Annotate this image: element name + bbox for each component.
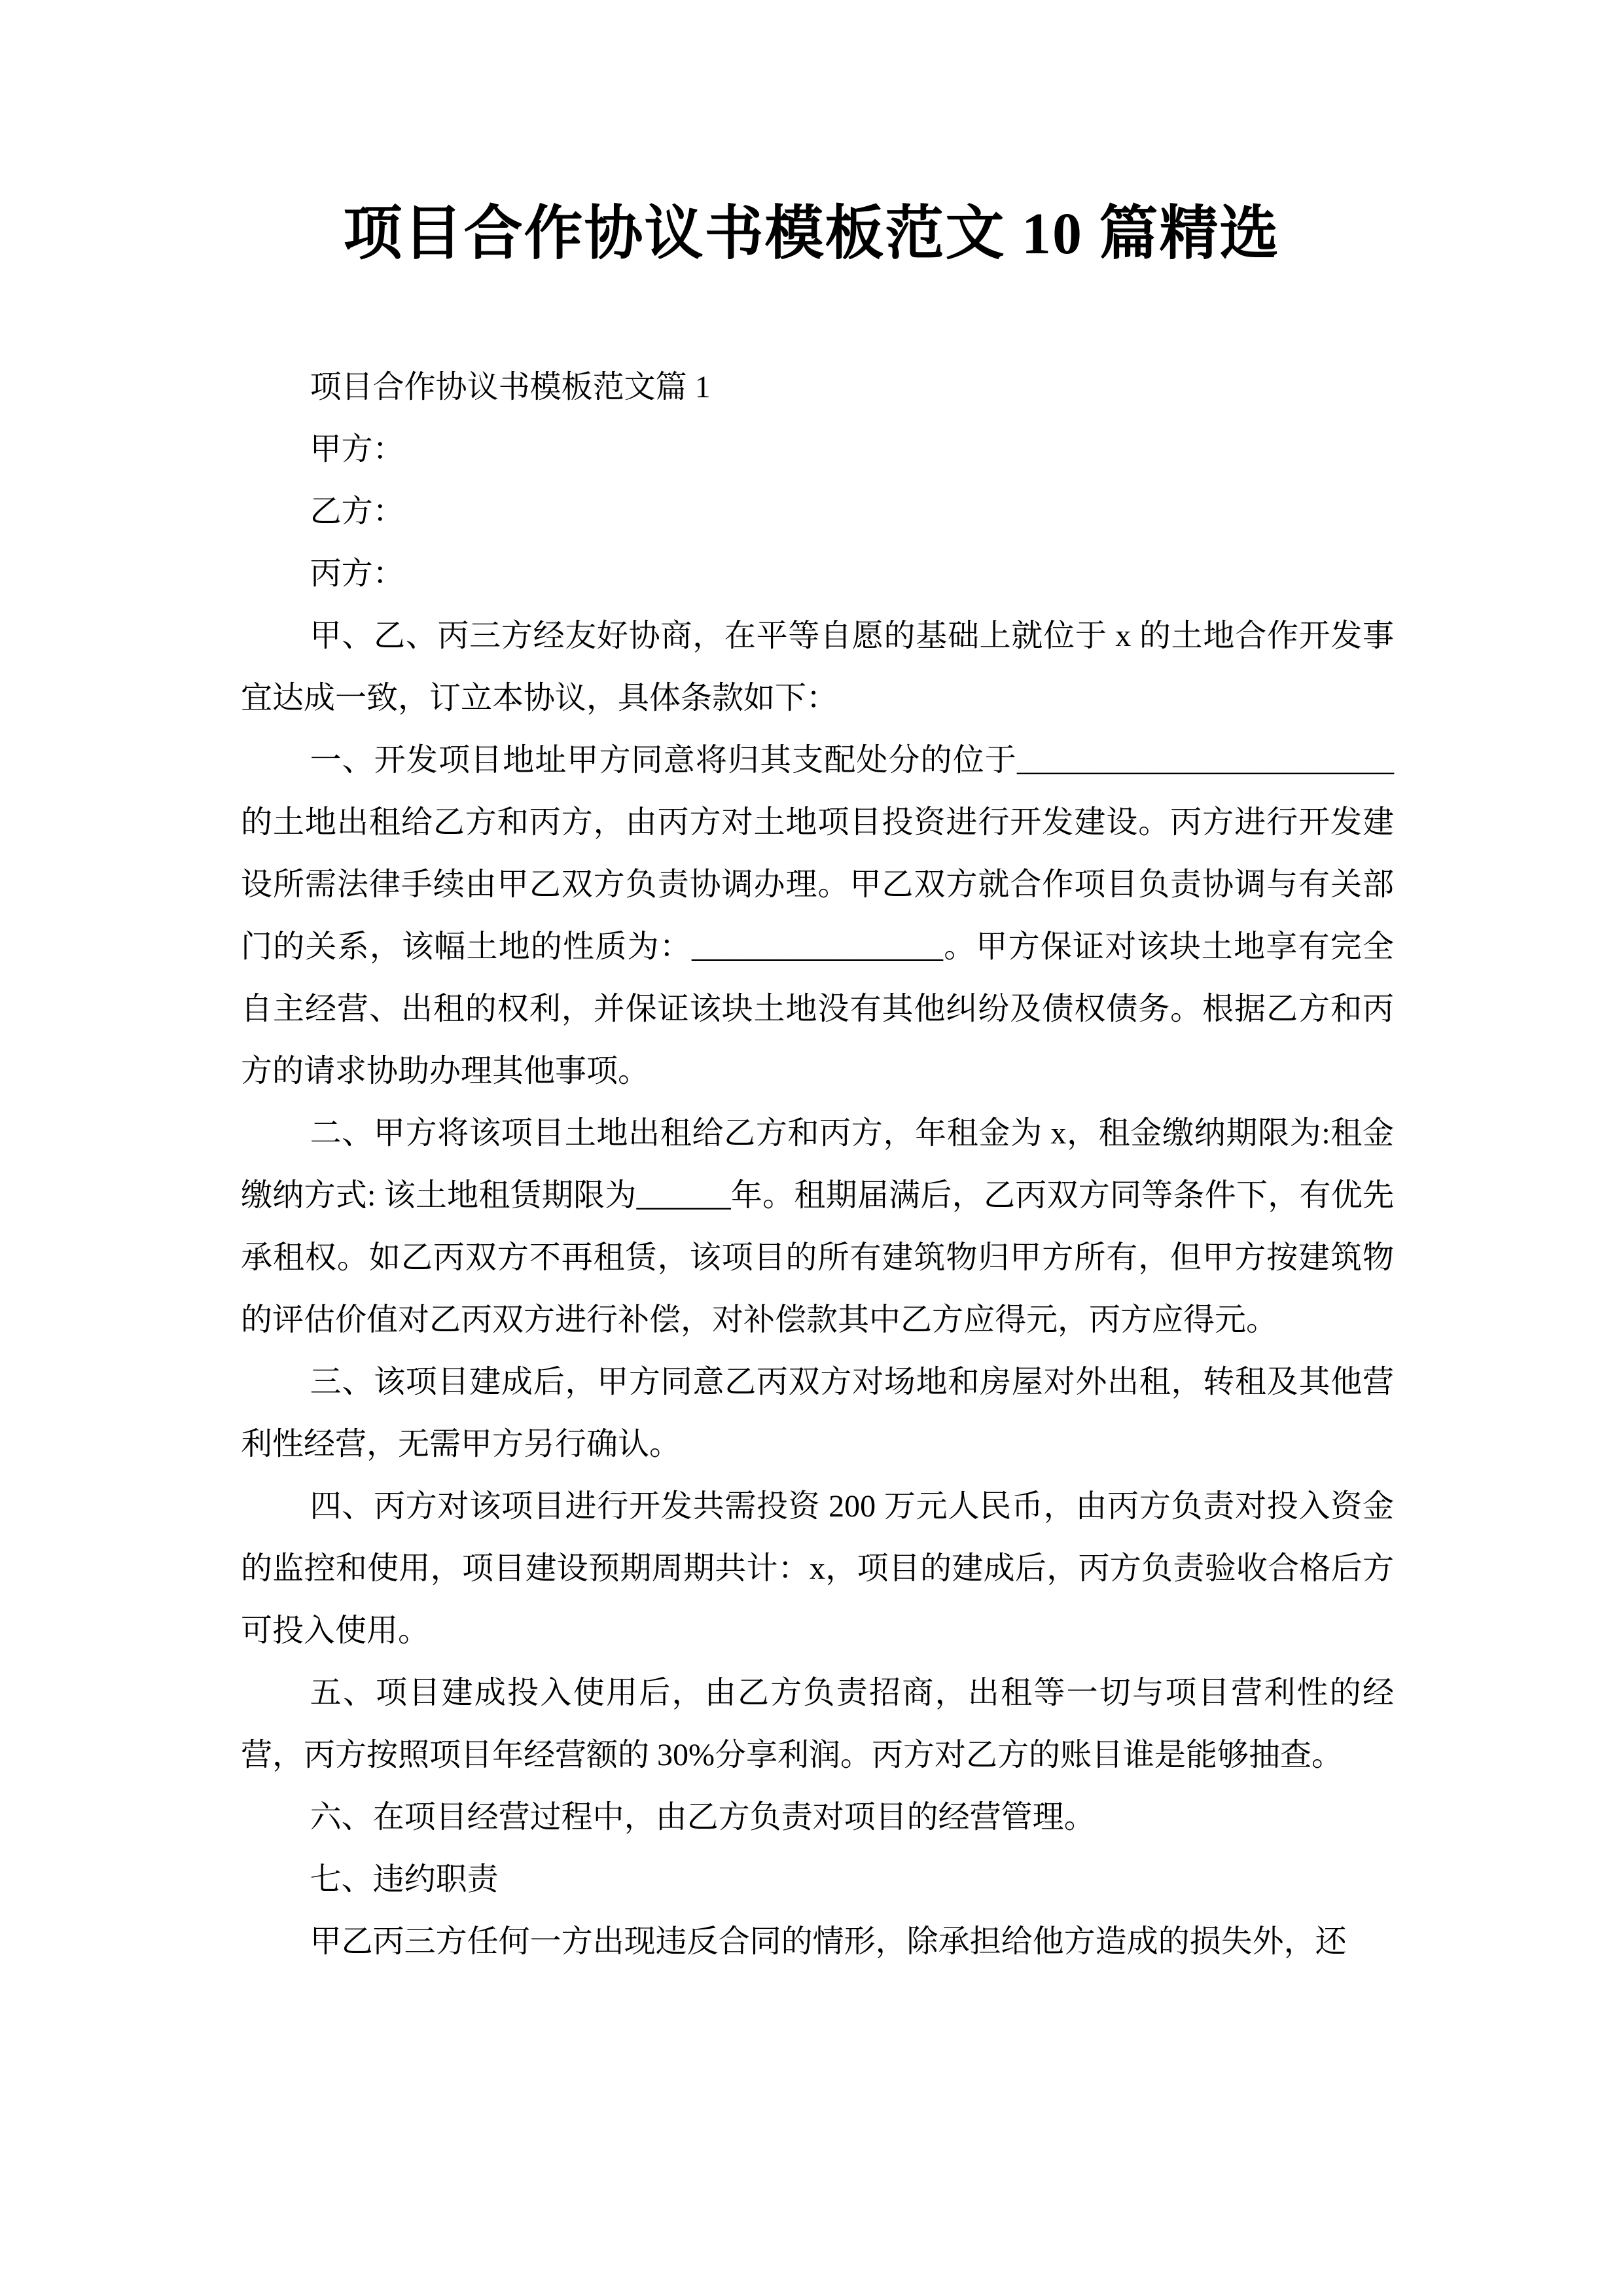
paragraph: 四、丙方对该项目进行开发共需投资 200 万元人民币，由丙方负责对投入资金的监控… <box>241 1475 1394 1662</box>
paragraph: 乙方： <box>241 480 1394 543</box>
paragraph: 甲乙丙三方任何一方出现违反合同的情形，除承担给他方造成的损失外，还 <box>241 1910 1394 1973</box>
paragraph: 二、甲方将该项目土地出租给乙方和丙方，年租金为 x，租金缴纳期限为:租金缴纳方式… <box>241 1102 1394 1351</box>
paragraph: 项目合作协议书模板范文篇 1 <box>241 356 1394 418</box>
paragraph: 一、开发项目地址甲方同意将归其支配处分的位于__________________… <box>241 729 1394 1102</box>
paragraph: 五、项目建成投入使用后，由乙方负责招商，出租等一切与项目营利性的经营，丙方按照项… <box>241 1662 1394 1786</box>
document-page: 项目合作协议书模板范文 10 篇精选 项目合作协议书模板范文篇 1甲方：乙方：丙… <box>0 0 1623 2296</box>
paragraph: 六、在项目经营过程中，由乙方负责对项目的经营管理。 <box>241 1786 1394 1848</box>
paragraph: 七、违约职责 <box>241 1848 1394 1910</box>
paragraph: 丙方： <box>241 543 1394 605</box>
document-body: 项目合作协议书模板范文篇 1甲方：乙方：丙方：甲、乙、丙三方经友好协商，在平等自… <box>0 356 1623 1973</box>
paragraph: 甲方： <box>241 418 1394 480</box>
page-title: 项目合作协议书模板范文 10 篇精选 <box>0 0 1623 280</box>
paragraph: 三、该项目建成后，甲方同意乙丙双方对场地和房屋对外出租，转租及其他营利性经营，无… <box>241 1351 1394 1475</box>
paragraph: 甲、乙、丙三方经友好协商，在平等自愿的基础上就位于 x 的土地合作开发事宜达成一… <box>241 605 1394 729</box>
